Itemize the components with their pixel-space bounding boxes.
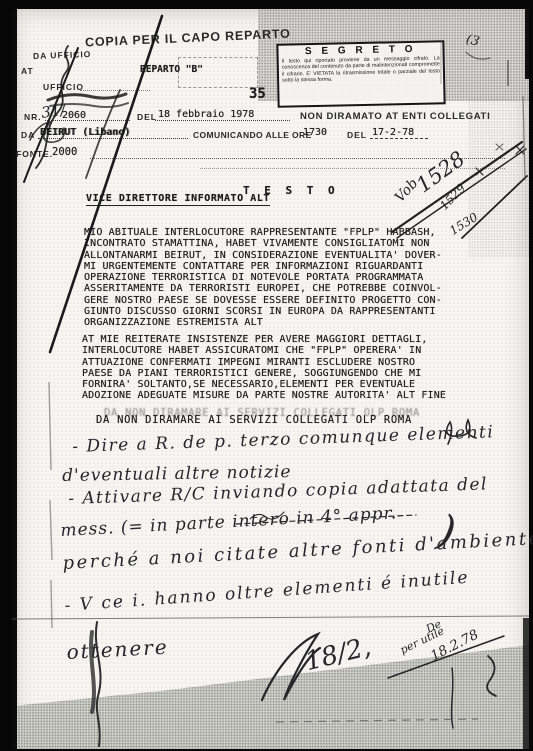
field-at-label: AT [21,66,34,76]
fonte-value: 2000 [52,146,77,158]
field-del2-label: DEL [347,130,367,140]
non-diramato-note: NON DIRAMATO AT ENTI COLLEGATI [300,111,490,122]
ufficio-dotted-line [80,80,150,91]
field-fonte-label: FONTE. [16,149,53,159]
del-value: 18 febbraio 1978 [158,109,254,120]
salutation-line: VICE DIRETTORE INFORMATO ALT [86,193,270,206]
ora-value: 1730 [303,127,327,138]
da-value: BEIRUT (Libano) [40,127,130,138]
message-paragraph-1: MIO ABITUALE INTERLOCUTORE RAPPRESENTANT… [84,227,442,329]
scan-edge-top-right [525,9,529,79]
field-reparto-value: REPARTO "B" [140,64,203,75]
scanned-telegram-document: { "doc": { "copy_stamp": "COPIA PER IL C… [0,0,533,751]
field-del-label: DEL [137,112,157,122]
scan-edge-left [12,9,17,749]
field-ufficio-label: UFFICIO [43,82,84,92]
del2-value: 17-2-78 [372,127,414,138]
secrecy-stamp-box: S E G R E T O Il testo qui riportato pro… [276,40,445,108]
field-da-label: DA [21,130,35,140]
field-da-ufficio-label: DA UFFICIO [33,49,92,61]
scan-noise-right-strip [468,98,529,258]
message-paragraph-2: AT MIE REITERATE INSISTENZE PER AVERE MA… [82,334,446,402]
secrecy-notice: Il testo qui riportato proviene da un me… [282,55,440,83]
nr-handwritten-prefix: 31/ [40,101,66,122]
comunicando-label: COMUNICANDO ALLE ORE [193,130,312,140]
field-nr-label: NR. [24,112,42,122]
footer-line: DA NON DIRAMARE AI SERVIZI COLLEGATI OLP… [96,414,412,426]
scan-edge-bottom-right [523,618,529,749]
sheet-number: 35 [249,86,266,102]
